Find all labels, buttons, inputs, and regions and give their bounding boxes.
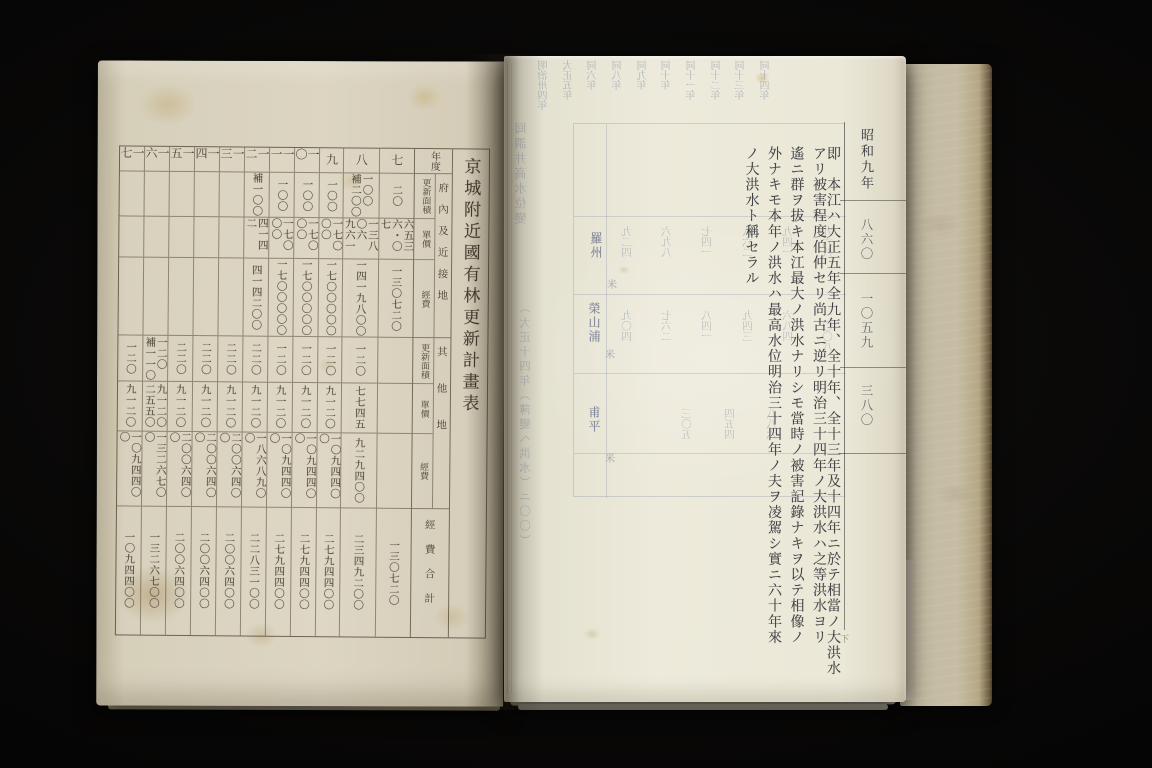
group2-label-cell: 其他地 (433, 338, 450, 507)
table-cell: 一三〇七二〇 (378, 259, 413, 338)
table-cell: 七七四五 (342, 383, 377, 434)
table-cell-text: 一三〇七二〇 (387, 540, 399, 606)
table-cell-text: 二〇〇六四〇〇 (172, 532, 184, 609)
table-cell: 九一二〇 (243, 382, 267, 432)
table-cell: 一〇九四四〇〇 (292, 433, 317, 508)
margin-table-value: 一〇五九 (857, 292, 875, 350)
text-column: 即 本江ハ大正五年全九年、全十年、全十三年及十四年ニ於テ相當ノ大洪水 (826, 146, 840, 691)
group1-label-cell: 府內及近接地 (434, 174, 451, 338)
table-cell-text: 四一四二〇〇 (250, 264, 262, 330)
table-cell-text: 一八六八九〇〇 (242, 432, 266, 506)
table-cell: 一七〇〇〇〇〇 (318, 259, 342, 338)
binding-crease (507, 64, 508, 694)
year-label-text: 一五 (170, 147, 194, 171)
table-cell-text: 一七〇〇〇〇〇 (324, 259, 336, 336)
table-cell: 一〇〇 (319, 173, 342, 219)
table-cell: 一二〇 補一一〇 (143, 336, 167, 382)
table-cell-text: 一四一九八〇〇 (354, 259, 366, 336)
table-cell-text: 一〇〇 (325, 179, 337, 212)
table-cell: 一八六八九〇〇 (242, 432, 267, 507)
table-cell (218, 258, 243, 337)
bleed-station-label: 榮山浦 (586, 302, 603, 344)
table-cell (143, 257, 168, 336)
table-cell: 一三〇七二〇 (375, 508, 411, 637)
table-surface (0, 722, 1152, 768)
table-cell: 二〇 (379, 174, 414, 220)
bleed-year-header: 同十一年 (688, 60, 698, 146)
table-cell (120, 171, 144, 217)
table-cell-text: 一二〇 (324, 343, 336, 376)
table-cell: 二三四九二〇〇 (340, 508, 376, 637)
bleed-unit-label: 米 (607, 276, 617, 291)
table-cell: 一四一九八〇〇 (342, 259, 377, 338)
table-cell: 六五三六・〇七 (379, 219, 414, 260)
table-cell-text: 二二〇 (174, 342, 186, 375)
bleed-year-header: 同八年 (614, 60, 624, 146)
table-cell-text: 一〇九四四〇〇 (267, 433, 291, 507)
table-cell: 二二〇 (243, 337, 267, 383)
table-cell-text: 二〇〇六四〇〇 (197, 532, 209, 609)
table-cell: 二二〇 (193, 336, 217, 382)
group2-label: 其他地 (434, 346, 450, 456)
table-cell-text: 一〇〇 (301, 179, 313, 212)
left-page: 七二〇六五三六・〇七一三〇七二〇一三〇七二〇八一〇〇 補二〇〇一三八〇六 九六一… (96, 60, 505, 706)
table-cell-text: 一七〇〇〇 (270, 218, 293, 258)
group1-subrows: 更新面積 單價 經費 (413, 174, 435, 338)
table-cell: 二〇〇六四〇〇 (216, 507, 241, 636)
table-cell: 一三二六七〇〇 (142, 432, 167, 507)
year-label: 一三 (220, 147, 244, 172)
table-cell-text: 一二〇 (299, 343, 311, 376)
year-label: 一六 (145, 147, 169, 172)
table-cell: 二二〇 (218, 337, 242, 383)
table-cell-text: 一〇九四四〇〇 (117, 431, 141, 505)
table-cell: 二二〇 (168, 336, 192, 382)
table-cell (219, 172, 243, 218)
table-cell: 二〇〇六四〇〇 (166, 506, 191, 635)
table-cell: 一二〇 (342, 338, 377, 384)
text-column: ノ大洪水ト稱セラル (745, 146, 759, 691)
year-label: 七 (379, 149, 414, 174)
table-cell: 二〇〇六四〇〇 (192, 432, 217, 507)
table-cell-text: 一〇〇 補二〇〇 (349, 173, 372, 217)
year-label-text: 八 (355, 154, 367, 167)
bleed-year-header: 同九年 (639, 60, 649, 146)
flood-history-text: 即 本江ハ大正五年全九年、全十年、全十三年及十四年ニ於テ相當ノ大洪水アリ被害程度… (704, 146, 840, 691)
bleed-station-label: 甫平 (586, 406, 603, 434)
table-cell (168, 258, 193, 337)
table-cell: 一〇九四四〇〇 (116, 506, 141, 635)
table-cell-text: 一三二六七〇〇 (147, 532, 159, 609)
table-cell-text: 一二〇 (274, 343, 286, 376)
table-cell-text: 二七九四四〇〇 (322, 533, 334, 610)
photo-of-old-japanese-ledger: 七二〇六五三六・〇七一三〇七二〇一三〇七二〇八一〇〇 補二〇〇一三八〇六 九六一… (0, 0, 1152, 768)
margin-table-value: 三八〇 (857, 384, 875, 428)
table-cell (194, 172, 218, 218)
bleed-year-header: 同十二年 (713, 60, 723, 146)
table-year-column: 八一〇〇 補二〇〇一三八〇六 九六一一四一九八〇〇一二〇七七四五九二九四〇〇二三… (340, 148, 380, 636)
table-cell-text: 九一二〇 (174, 384, 186, 428)
margin-table-value: 八六〇 (857, 218, 875, 262)
table-cell: 九一二〇 (193, 382, 217, 432)
group1-subrow-unitprice: 單價 (419, 230, 429, 248)
table-cell: 九一二〇 (168, 382, 192, 432)
table-cell (144, 217, 168, 258)
table-cell-text: 二三四九二〇〇 (352, 534, 364, 611)
year-label-text: 一三 (220, 147, 244, 171)
table-cell-text: 六五三六・〇七 (379, 219, 414, 259)
correction-mark: 下 (840, 632, 849, 645)
table-cell-text: 一七〇〇〇 (295, 218, 318, 258)
table-cell: 二七九四四〇〇 (266, 507, 291, 636)
table-cell-text: 九一二〇 (249, 385, 261, 429)
table-cell (169, 217, 193, 258)
table-cell (169, 172, 193, 218)
table-cell: 九一二〇 (268, 382, 292, 432)
bleed-edge-text-bottom: （大正十四年（薄變ヘ洪水）ニ〇〇） (517, 302, 533, 549)
table-cell: 九一二〇 (218, 382, 242, 432)
year-label: 八 (344, 148, 379, 173)
table-cell (219, 218, 243, 259)
table-cell-text: 七七四五 (353, 386, 365, 430)
table-cell-text: 二〇〇六四〇〇 (192, 432, 216, 506)
bleed-unit-label: 米 (605, 346, 615, 361)
table-cell-text: 二〇 (391, 185, 403, 207)
table-cell: 一三八〇六 九六一 (343, 219, 378, 260)
year-label: 一一 (270, 148, 294, 173)
table-cell (193, 258, 218, 337)
table-cell: 一三二六七〇〇 (141, 506, 166, 635)
year-label-text: 一一 (270, 148, 294, 172)
table-cell-text: 九一二〇 (274, 385, 286, 429)
table-cell (194, 217, 218, 258)
year-label-text: 一七 (120, 146, 144, 170)
table-cell-text: 九一二〇 (224, 385, 236, 429)
table-cell (377, 383, 412, 434)
table-cell (145, 171, 169, 217)
table-cell-text: 二二〇 (224, 342, 236, 375)
binding-crease (511, 64, 512, 694)
bleed-year-header: 大正五年 (565, 60, 575, 146)
table-cell: 九一二〇 (293, 383, 317, 433)
table-cell-text: 一〇九四四〇〇 (122, 532, 134, 609)
bleed-year-header: 同十四年 (762, 60, 772, 146)
table-cell-text: 九一二〇 (124, 384, 136, 428)
group2-subrows: 更新面積 單價 經費 (412, 338, 434, 507)
text-column: アリ被害程度伯仲セリ尚古ニ逆リ明治三十四年ノ大洪水ハ之等洪水ヨリ (812, 146, 826, 691)
table-cell (119, 217, 143, 258)
table-cell-text: 二二〇 (249, 343, 261, 376)
table-cell: 九一二〇 二五五〇 (143, 381, 167, 431)
table-cell (376, 434, 411, 509)
bleed-number: 九二四 (622, 226, 633, 258)
table-cell-text: 一〇九四四〇〇 (317, 433, 341, 507)
year-label-text: 七 (391, 154, 403, 167)
table-cell-text: 二二〇 (199, 342, 211, 375)
table-cell: 四一四二〇〇 (243, 258, 268, 337)
table-cell-text: 一二〇 (354, 343, 366, 376)
year-label-text: 一四 (195, 147, 219, 171)
year-label-text: 九 (325, 154, 337, 167)
table-header-column: 年度 更新面積 單價 經費 府內及近接地 更新面積 單價 (410, 149, 453, 637)
total-row-label: 經費合計 (422, 509, 438, 617)
table-cell-text: 一〇〇 (276, 178, 288, 211)
year-label-text: 一〇 (295, 148, 319, 172)
table-cell: 一二〇 (268, 337, 292, 383)
table-cell: 二二八三一〇〇 (241, 507, 266, 636)
table-cell: 九一二〇 (118, 381, 142, 431)
text-column: 遙ニ群ヲ拔キ本江最大ノ洪水ナリシモ當時ノ被害記錄ナキヲ以テ相像ノ (790, 146, 804, 691)
table-cell-text: 九一二〇 (299, 385, 311, 429)
table-cell (118, 257, 143, 336)
renewal-plan-table: 七二〇六五三六・〇七一三〇七二〇一三〇七二〇八一〇〇 補二〇〇一三八〇六 九六一… (115, 145, 490, 638)
group1-subrow-area: 更新面積 (420, 178, 430, 214)
group1-subrow-cost: 經費 (419, 290, 429, 308)
table-cell: 二七九四四〇〇 (291, 508, 316, 637)
year-header-label: 年度 (428, 151, 438, 171)
table-cell: 一〇九四四〇〇 (317, 433, 341, 508)
table-cell-text: 二七九四四〇〇 (272, 533, 284, 610)
table-cell: 一七〇〇〇〇〇 (293, 259, 318, 338)
table-cell: 九一二〇 (318, 383, 341, 433)
text-column: 外ナキモ本年ノ洪水ハ最高水位明治三十四年ノ夫ヲ凌駕シ實ニ六十年來 (767, 146, 781, 691)
group1-label: 府內及近接地 (435, 182, 451, 311)
year-label: 一四 (195, 147, 219, 172)
bleed-number: 九〇四 (622, 310, 633, 352)
right-page: 同十四年同十三年同十二年同十一年同十年同九年同八年同六年大正五年明治卅四年 羅州… (504, 56, 906, 702)
table-cell: 一〇〇 (269, 173, 293, 219)
table-cell-text: 九一二〇 (323, 386, 335, 430)
table-cell: 一七〇〇〇 (294, 218, 318, 259)
year-label: 九 (320, 148, 343, 173)
margin-table-rule (844, 122, 845, 630)
bleed-year-headers: 同十四年同十三年同十二年同十一年同十年同九年同八年同六年大正五年明治卅四年 (540, 60, 772, 146)
table-cell-text: 一七〇〇〇 (319, 218, 342, 258)
group2-subrow-area: 更新面積 (418, 343, 428, 379)
table-cell: 二七九四四〇〇 (316, 508, 340, 637)
table-year-column: 七二〇六五三六・〇七一三〇七二〇一三〇七二〇 (375, 149, 414, 637)
table-cell: 一〇〇 補二〇〇 (343, 173, 378, 219)
bleed-edge-text-top: 囘謂井高水位變 (512, 122, 529, 227)
bleed-unit-label: 米 (605, 450, 615, 465)
page-title: 京城附近國有林更新計畫表 (454, 149, 483, 637)
table-cell-text: 一〇九四四〇〇 (292, 433, 316, 507)
table-cell: 一二〇 (118, 336, 142, 382)
table-cell-text: 九一二〇 (199, 384, 211, 428)
group2-subrow-cost: 經費 (417, 462, 427, 480)
year-label-text: 一二 (245, 147, 269, 171)
table-cell: 補一〇〇 (244, 172, 268, 218)
table-cell: 一七〇〇〇 (269, 218, 293, 259)
table-cell-text: 一七〇〇〇〇〇 (275, 259, 287, 336)
table-cell (378, 338, 413, 384)
year-label: 一五 (170, 147, 194, 172)
table-cell-text: 一二〇 補一一〇 (144, 336, 167, 380)
table-cell-text: 二〇〇六四〇〇 (167, 432, 191, 506)
group2-subrow-unitprice: 單價 (418, 400, 428, 418)
table-cell: 一〇九四四〇〇 (117, 431, 142, 506)
bleed-year-header: 同六年 (589, 60, 599, 146)
table-cell-text: 九一二〇 二五五〇 (143, 384, 166, 428)
year-label: 一二 (245, 147, 269, 172)
bleed-year-header: 明治卅四年 (540, 60, 550, 146)
table-cell-text: 補一〇〇 (251, 173, 263, 217)
table-cell-text: 二二八三一〇〇 (247, 533, 259, 610)
table-cell-text: 一三二六七〇〇 (142, 432, 166, 506)
table-cell-text: 一七〇〇〇〇〇 (300, 259, 312, 336)
table-cell: 二〇〇六四〇〇 (167, 432, 192, 507)
table-title-column: 京城附近國有林更新計畫表 (449, 149, 489, 637)
table-cell: 四一四二 (244, 218, 268, 259)
bleed-year-header: 同十三年 (737, 60, 747, 146)
table-cell: 一七〇〇〇 (319, 218, 342, 259)
year-label: 一七 (120, 146, 144, 171)
bleed-number: 三〇五 (682, 408, 693, 440)
page-stack-edge (518, 704, 888, 710)
table-cell-text: 二七九四四〇〇 (297, 533, 309, 610)
table-cell-text: 二〇〇六四〇〇 (217, 432, 241, 506)
table-cell: 一二〇 (318, 337, 341, 383)
year-label-text: 一六 (145, 147, 169, 171)
bleed-year-header: 同十年 (663, 60, 673, 146)
table-cell-text: 一三八〇六 九六一 (343, 219, 378, 259)
table-cell: 一二〇 (293, 337, 317, 383)
bleed-station-label: 羅州 (588, 232, 605, 260)
table-cell-text: 一二〇 (124, 341, 136, 374)
year-columns: 七二〇六五三六・〇七一三〇七二〇一三〇七二〇八一〇〇 補二〇〇一三八〇六 九六一… (116, 146, 414, 637)
table-cell: 二〇〇六四〇〇 (217, 432, 242, 507)
table-cell: 二〇〇六四〇〇 (191, 507, 216, 636)
table-cell: 九二九四〇〇 (341, 433, 376, 508)
table-cell-text: 二〇〇六四〇〇 (222, 533, 234, 610)
margin-table-year: 昭和九年 (856, 128, 875, 192)
bleed-number: 七六二 (662, 310, 673, 352)
table-cell-text: 一三〇七二〇 (390, 265, 402, 331)
bleed-number: 六九八 (662, 226, 673, 258)
table-cell-text: 九二九四〇〇 (353, 437, 365, 503)
year-label: 一〇 (295, 148, 319, 173)
table-cell: 一〇九四四〇〇 (267, 433, 292, 508)
table-cell: 一〇〇 (294, 173, 318, 219)
table-cell: 一七〇〇〇〇〇 (268, 258, 293, 337)
table-cell-text: 四一四二 (245, 218, 268, 258)
